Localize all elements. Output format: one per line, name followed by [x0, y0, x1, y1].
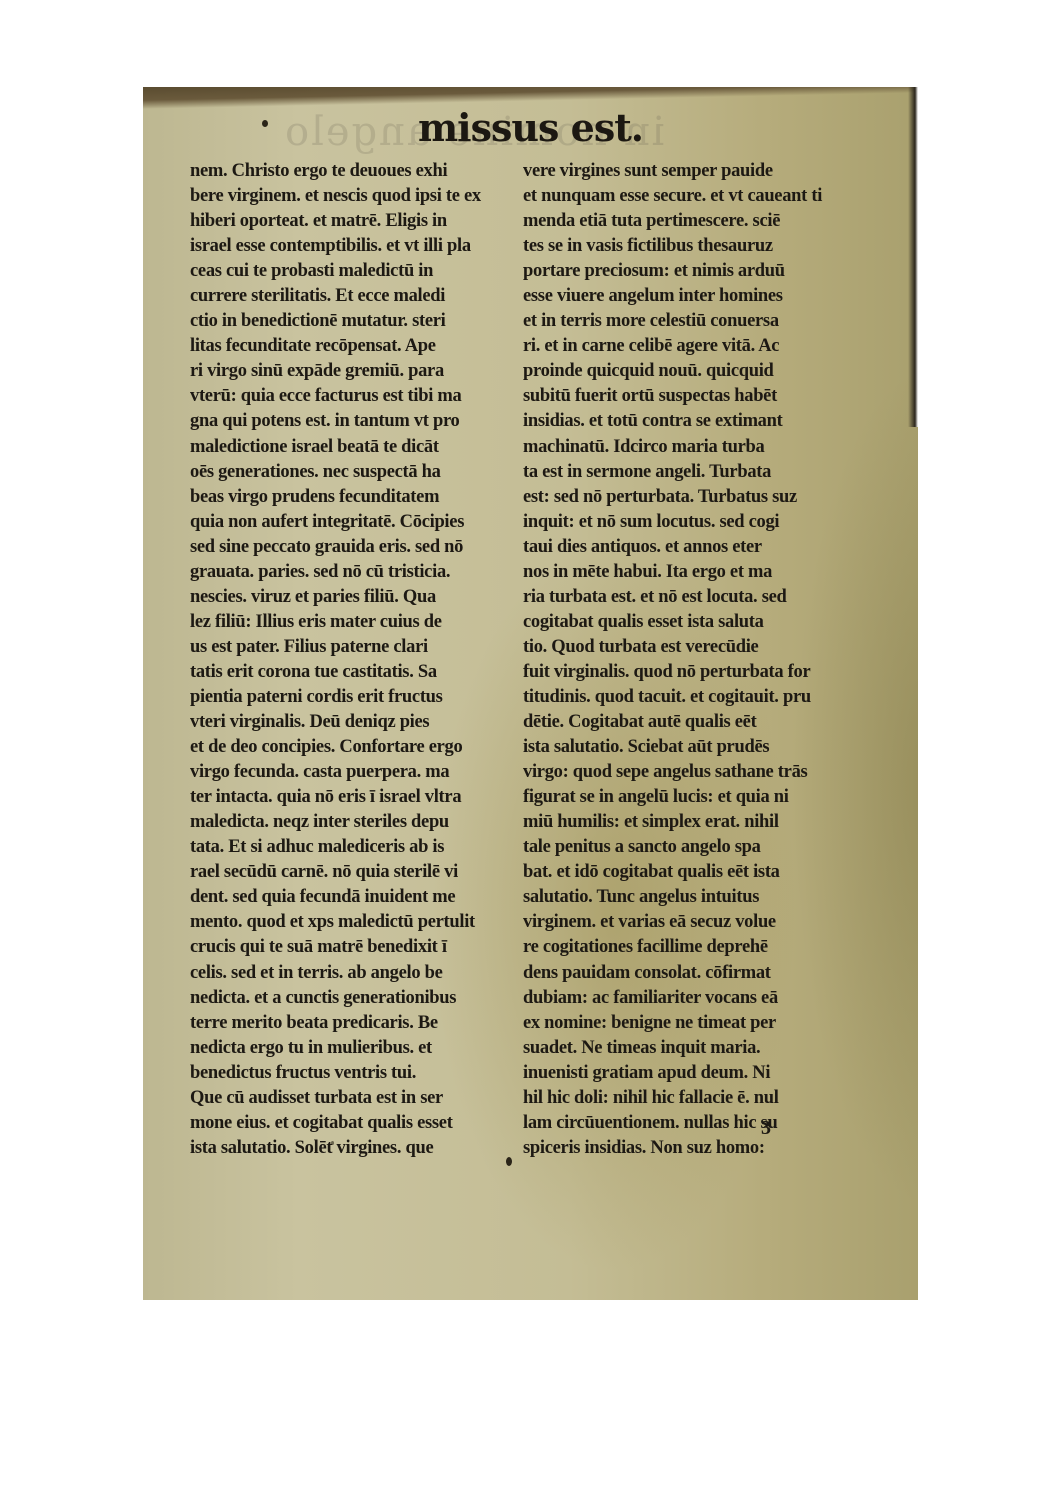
text-line: proinde quicquid nouū. quicquid	[523, 359, 868, 384]
text-line: dens pauidam consolat. cōfirmat	[523, 961, 868, 986]
signature-mark: 3	[761, 1117, 771, 1140]
text-line: ista salutatio. Solēt virgines. que	[190, 1136, 520, 1161]
text-line: mento. quod et xps maledictū pertulit	[190, 910, 520, 935]
text-line: suadet. Ne timeas inquit maria.	[523, 1036, 868, 1061]
text-line: figurat se in angelū lucis: et quia ni	[523, 785, 868, 810]
text-line: vteri virginalis. Deū deniqz pies	[190, 710, 520, 735]
text-line: nedicta. et a cunctis generationibus	[190, 986, 520, 1011]
text-line: nos in mēte habui. Ita ergo et ma	[523, 560, 868, 585]
text-line: et in terris more celestiū conuersa	[523, 309, 868, 334]
text-line: benedictus fructus ventris tui.	[190, 1061, 520, 1086]
text-line: tio. Quod turbata est verecūdie	[523, 635, 868, 660]
text-line: nem. Christo ergo te deuoues exhi	[190, 159, 520, 184]
text-line: hiberi oporteat. et matrē. Eligis in	[190, 209, 520, 234]
text-line: crucis qui te suā matrē benedixit ī	[190, 935, 520, 960]
text-line: titudinis. quod tacuit. et cogitauit. pr…	[523, 685, 868, 710]
text-line: inquit: et nō sum locutus. sed cogi	[523, 510, 868, 535]
text-line: machinatū. Idcirco maria turba	[523, 435, 868, 460]
page-running-head: missus est.	[143, 105, 918, 150]
text-line: virginem. et varias eā secuz volue	[523, 910, 868, 935]
text-column-left: nem. Christo ergo te deuoues exhibere vi…	[190, 159, 520, 1161]
text-column-right: vere virgines sunt semper pauideet nunqu…	[523, 159, 868, 1161]
text-line: nedicta ergo tu in mulieribus. et	[190, 1036, 520, 1061]
text-line: miū humilis: et simplex erat. nihil	[523, 810, 868, 835]
text-line: tale penitus a sancto angelo spa	[523, 835, 868, 860]
scanned-page: in nomine angelo missus est. nem. Christ…	[143, 87, 918, 1300]
text-line: grauata. paries. sed nō cū tristicia.	[190, 560, 520, 585]
text-line: maledictione israel beatā te dicāt	[190, 435, 520, 460]
text-line: re cogitationes facillime deprehē	[523, 935, 868, 960]
text-line: lam circūuentionem. nullas hic su	[523, 1111, 868, 1136]
text-line: ista salutatio. Sciebat aūt prudēs	[523, 735, 868, 760]
text-line: bere virginem. et nescis quod ipsi te ex	[190, 184, 520, 209]
text-line: gna qui potens est. in tantum vt pro	[190, 409, 520, 434]
text-line: ceas cui te probasti maledictū in	[190, 259, 520, 284]
text-line: virgo fecunda. casta puerpera. ma	[190, 760, 520, 785]
text-line: et nunquam esse secure. et vt caueant ti	[523, 184, 868, 209]
text-line: rael secūdū carnē. nō quia sterilē vi	[190, 860, 520, 885]
text-line: vterū: quia ecce facturus est tibi ma	[190, 384, 520, 409]
text-line: ter intacta. quia nō eris ī israel vltra	[190, 785, 520, 810]
text-line: subitū fuerit ortū suspectas habēt	[523, 384, 868, 409]
text-line: fuit virginalis. quod nō perturbata for	[523, 660, 868, 685]
text-line: portare preciosum: et nimis arduū	[523, 259, 868, 284]
text-line: hil hic doli: nihil hic fallacie ē. nul	[523, 1086, 868, 1111]
text-line: ex nomine: benigne ne timeat per	[523, 1011, 868, 1036]
text-line: ri. et in carne celibē agere vitā. Ac	[523, 334, 868, 359]
text-line: ri virgo sinū expāde gremiū. para	[190, 359, 520, 384]
text-line: litas fecunditate recōpensat. Ape	[190, 334, 520, 359]
text-line: dubiam: ac familiariter vocans eā	[523, 986, 868, 1011]
text-line: Que cū audisset turbata est in ser	[190, 1086, 520, 1111]
text-line: esse viuere angelum inter homines	[523, 284, 868, 309]
text-line: vere virgines sunt semper pauide	[523, 159, 868, 184]
text-line: nescies. viruz et paries filiū. Qua	[190, 585, 520, 610]
text-line: inuenisti gratiam apud deum. Ni	[523, 1061, 868, 1086]
text-line: pientia paterni cordis erit fructus	[190, 685, 520, 710]
text-line: ctio in benedictionē mutatur. steri	[190, 309, 520, 334]
text-line: israel esse contemptibilis. et vt illi p…	[190, 234, 520, 259]
text-line: spiceris insidias. Non suz homo:	[523, 1136, 868, 1161]
text-line: taui dies antiquos. et annos eter	[523, 535, 868, 560]
text-line: lez filiū: Illius eris mater cuius de	[190, 610, 520, 635]
text-line: cogitabat qualis esset ista saluta	[523, 610, 868, 635]
text-line: terre merito beata predicaris. Be	[190, 1011, 520, 1036]
text-line: et de deo concipies. Confortare ergo	[190, 735, 520, 760]
text-line: bat. et idō cogitabat qualis eēt ista	[523, 860, 868, 885]
text-line: est: sed nō perturbata. Turbatus suz	[523, 485, 868, 510]
text-line: currere sterilitatis. Et ecce maledi	[190, 284, 520, 309]
text-line: quia non aufert integritatē. Cōcipies	[190, 510, 520, 535]
text-line: oēs generationes. nec suspectā ha	[190, 460, 520, 485]
text-line: dent. sed quia fecundā inuident me	[190, 885, 520, 910]
text-line: tata. Et si adhuc malediceris ab is	[190, 835, 520, 860]
text-line: beas virgo prudens fecunditatem	[190, 485, 520, 510]
text-line: celis. sed et in terris. ab angelo be	[190, 961, 520, 986]
text-line: mone eius. et cogitabat qualis esset	[190, 1111, 520, 1136]
text-line: sed sine peccato grauida eris. sed nō	[190, 535, 520, 560]
text-line: menda etiā tuta pertimescere. sciē	[523, 209, 868, 234]
text-line: tatis erit corona tue castitatis. Sa	[190, 660, 520, 685]
text-line: insidias. et totū contra se extimant	[523, 409, 868, 434]
text-line: ta est in sermone angeli. Turbata	[523, 460, 868, 485]
text-line: ria turbata est. et nō est locuta. sed	[523, 585, 868, 610]
text-line: salutatio. Tunc angelus intuitus	[523, 885, 868, 910]
text-line: us est pater. Filius paterne clari	[190, 635, 520, 660]
text-line: dētie. Cogitabat autē qualis eēt	[523, 710, 868, 735]
text-line: virgo: quod sepe angelus sathane trās	[523, 760, 868, 785]
text-line: maledicta. neqz inter steriles depu	[190, 810, 520, 835]
text-line: tes se in vasis fictilibus thesauruz	[523, 234, 868, 259]
